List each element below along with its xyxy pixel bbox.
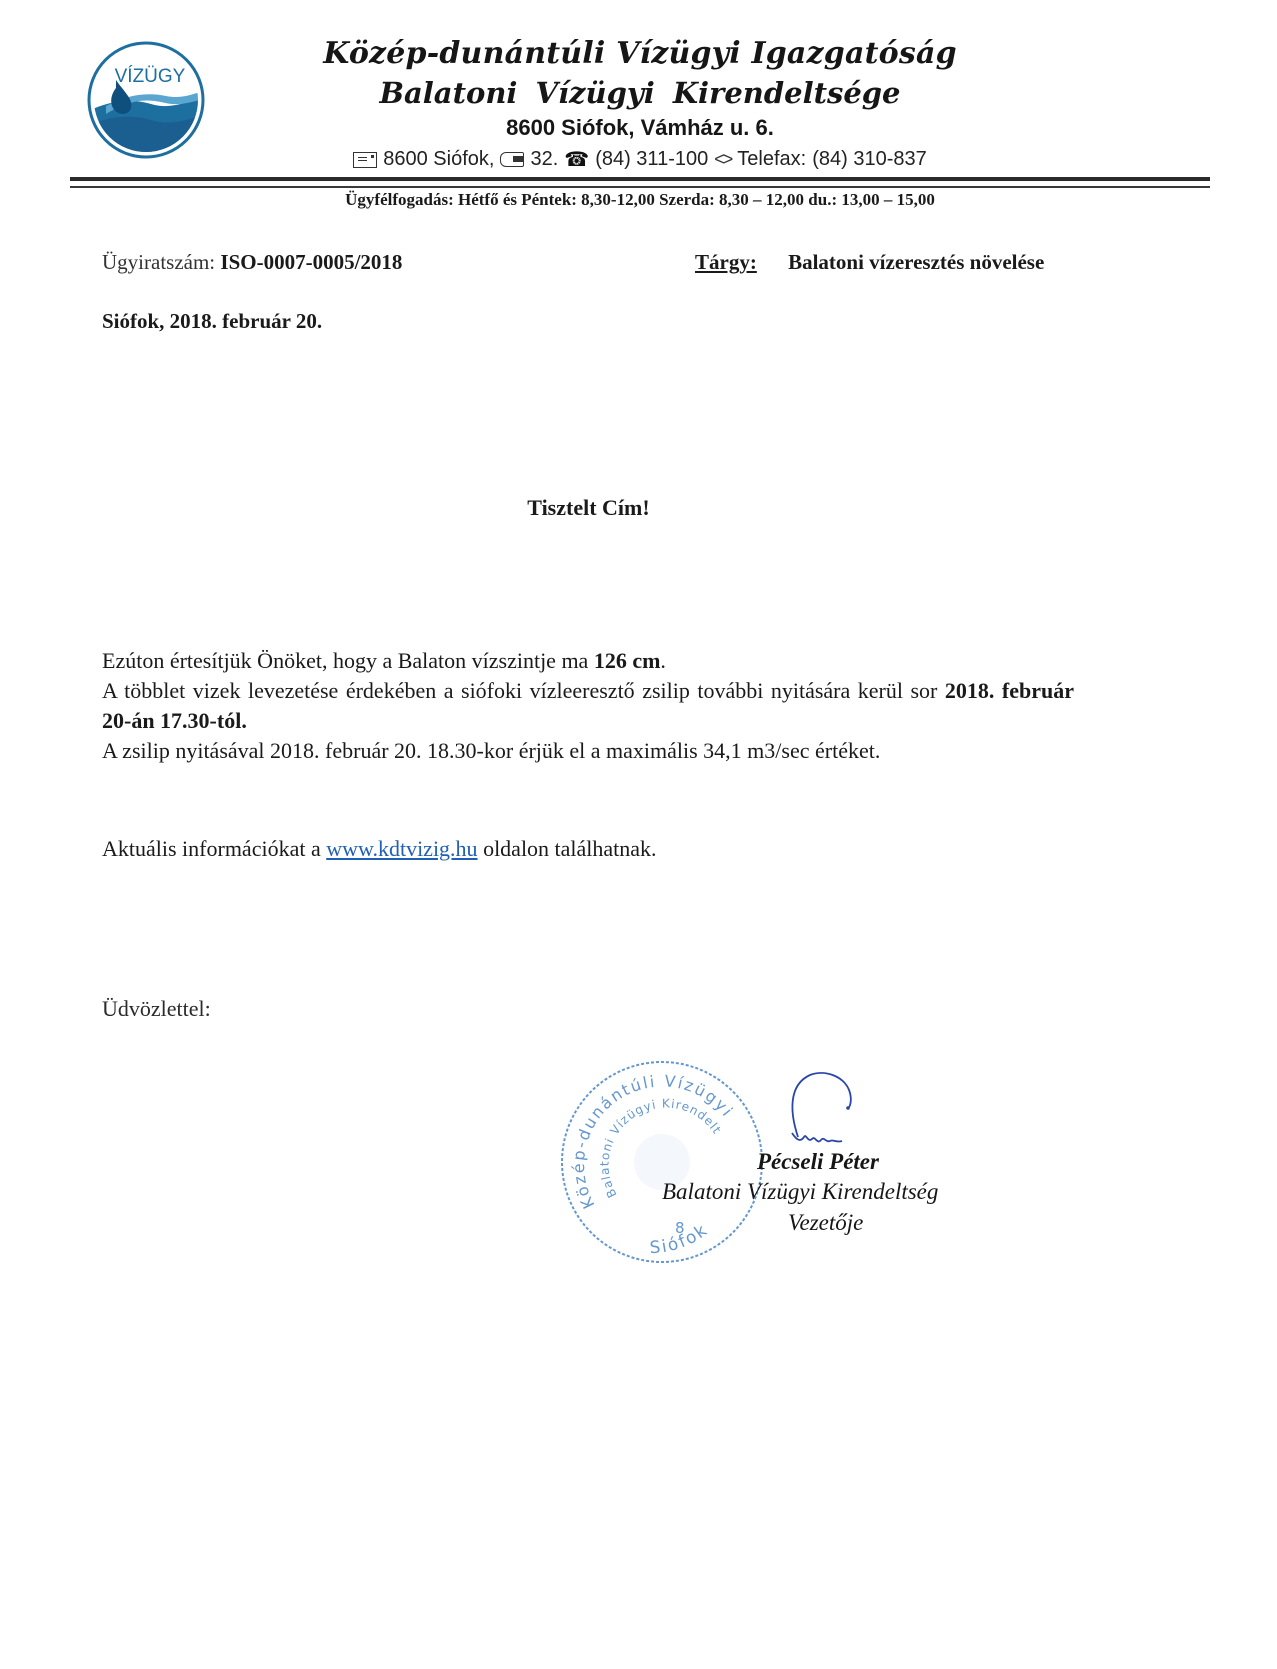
fax-number: (84) 310-837 bbox=[812, 148, 927, 171]
mailbox-icon bbox=[500, 152, 524, 167]
telephone-icon: ☎ bbox=[564, 147, 589, 172]
body-text: Ezúton értesítjük Önöket, hogy a Balaton… bbox=[102, 648, 594, 673]
office-hours: Ügyfélfogadás: Hétfő és Péntek: 8,30-12,… bbox=[70, 190, 1210, 210]
body-text: . bbox=[660, 648, 666, 673]
header-divider-thick bbox=[70, 177, 1210, 181]
reference-label: Ügyiratszám: bbox=[102, 250, 215, 274]
letter-date: Siófok, 2018. február 20. bbox=[102, 309, 322, 334]
subject-label: Tárgy: bbox=[695, 250, 757, 274]
signature-icon bbox=[770, 1063, 870, 1153]
signer-organization: Balatoni Vízügyi Kirendeltség bbox=[662, 1179, 938, 1205]
handwritten-signature bbox=[770, 1063, 870, 1153]
phone-number: (84) 311-100 bbox=[595, 148, 708, 171]
info-line: Aktuális információkat a www.kdtvizig.hu… bbox=[102, 836, 657, 862]
header-divider-thin bbox=[70, 186, 1210, 188]
envelope-icon bbox=[353, 152, 377, 168]
body-text: A többlet vizek levezetése érdekében a s… bbox=[102, 678, 945, 703]
official-stamp: Közép-dunántúli Vízügyi Igazgatóság Bala… bbox=[555, 1055, 770, 1270]
subject: Tárgy: Balatoni vízeresztés növelése bbox=[695, 250, 1044, 275]
fax-label: Telefax: bbox=[737, 148, 806, 171]
fax-icon: <> bbox=[714, 149, 731, 170]
vizugy-logo-icon: VÍZÜGY bbox=[86, 40, 206, 160]
letter-body: Ezúton értesítjük Önöket, hogy a Balaton… bbox=[102, 646, 1074, 766]
postal-city: 8600 Siófok, bbox=[383, 148, 494, 171]
salutation: Tisztelt Cím! bbox=[0, 495, 1177, 521]
body-paragraph-1: Ezúton értesítjük Önöket, hogy a Balaton… bbox=[102, 646, 1074, 676]
organization-address: 8600 Siófok, Vámház u. 6. bbox=[250, 115, 1030, 141]
website-link[interactable]: www.kdtvizig.hu bbox=[326, 836, 477, 861]
closing-greeting: Üdvözlettel: bbox=[102, 996, 211, 1022]
stamp-icon: Közép-dunántúli Vízügyi Igazgatóság Bala… bbox=[555, 1055, 770, 1270]
body-paragraph-2: A többlet vizek levezetése érdekében a s… bbox=[102, 676, 1074, 736]
signer-title: Vezetője bbox=[788, 1210, 863, 1236]
subject-value: Balatoni vízeresztés növelése bbox=[788, 250, 1044, 274]
svg-text:VÍZÜGY: VÍZÜGY bbox=[115, 66, 186, 87]
body-paragraph-3: A zsilip nyitásával 2018. február 20. 18… bbox=[102, 736, 1074, 766]
stamp-number: 8 bbox=[675, 1219, 685, 1237]
reference-value: ISO-0007-0005/2018 bbox=[220, 250, 402, 274]
branch-name: Balatoni Vízügyi Kirendeltsége bbox=[250, 76, 1030, 110]
signer-name: Pécseli Péter bbox=[757, 1149, 879, 1175]
vizugy-logo: VÍZÜGY bbox=[86, 40, 206, 160]
water-level-value: 126 cm bbox=[594, 648, 661, 673]
info-text: oldalon találhatnak. bbox=[478, 836, 657, 861]
info-text: Aktuális információkat a bbox=[102, 836, 326, 861]
contact-line: 8600 Siófok, 32. ☎ (84) 311-100 <> Telef… bbox=[250, 147, 1030, 172]
organization-name: Közép-dunántúli Vízügyi Igazgatóság bbox=[250, 36, 1030, 71]
po-box: 32. bbox=[530, 148, 558, 171]
reference-number: Ügyiratszám: ISO-0007-0005/2018 bbox=[102, 250, 402, 275]
